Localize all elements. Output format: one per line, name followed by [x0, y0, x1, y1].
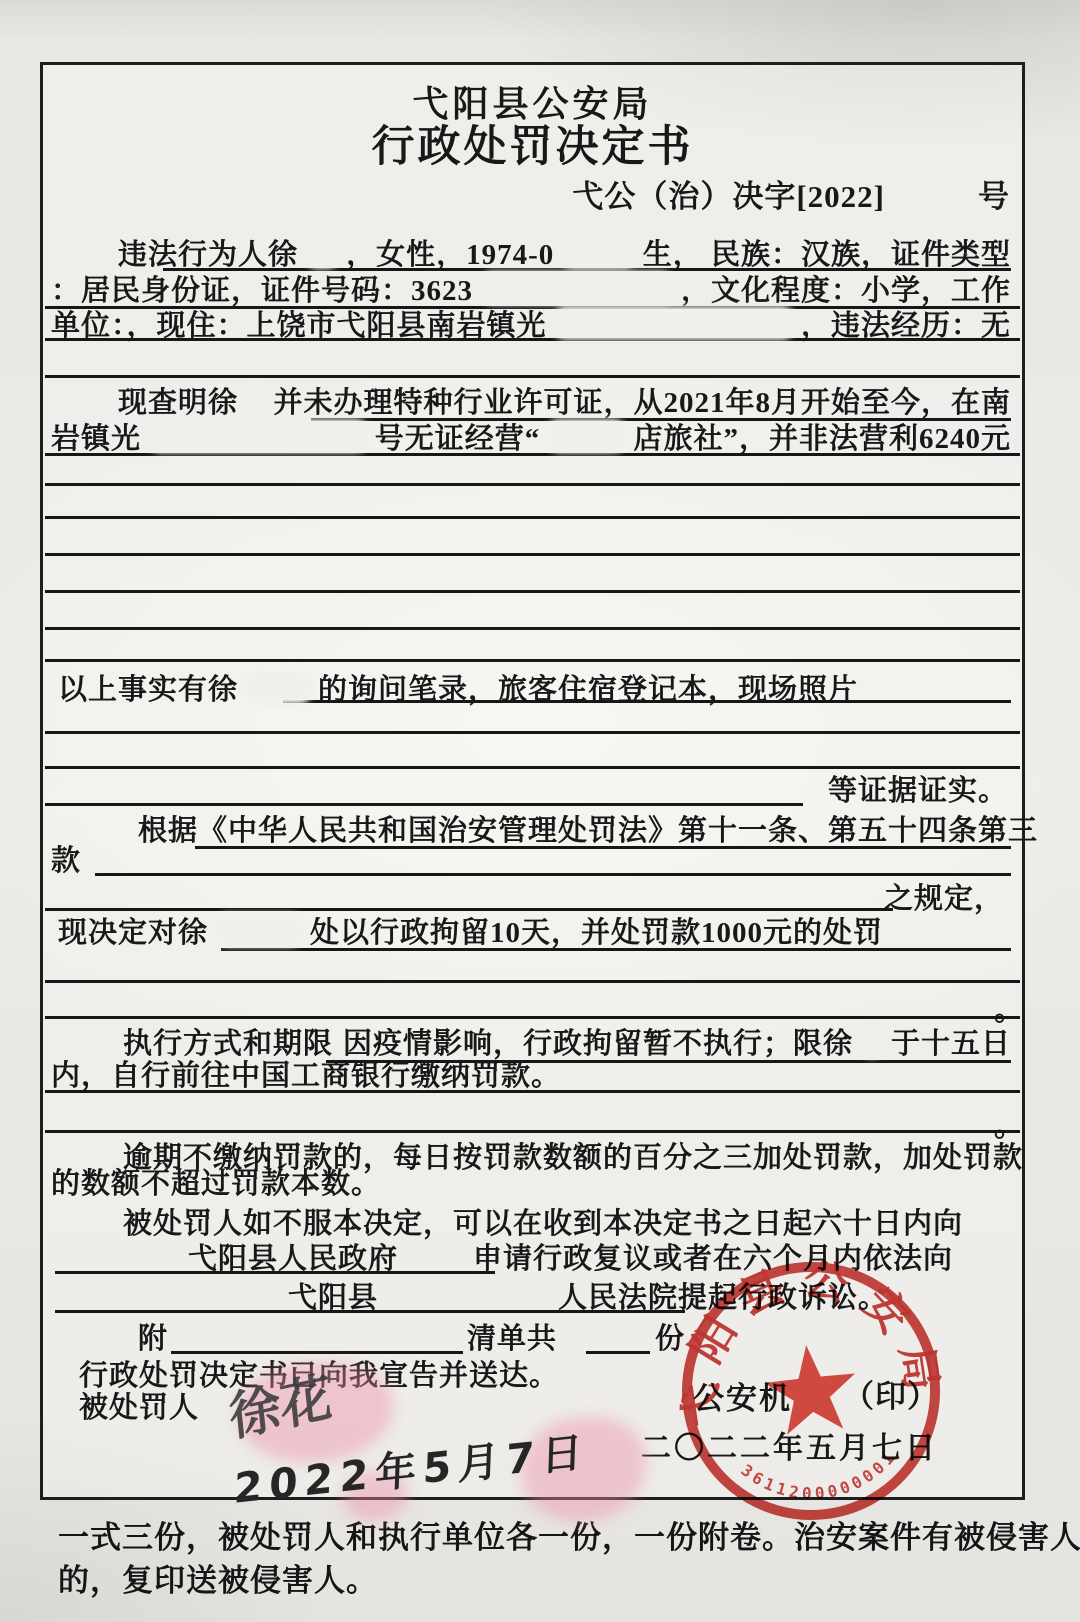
- redaction-blob: [889, 176, 974, 210]
- document-number-prefix: 弋公（治）决字[2022]: [572, 171, 885, 216]
- appeal-org-1-text: 弋阳县人民政府: [188, 1236, 398, 1277]
- ruled-line: [586, 1351, 650, 1354]
- signed-label: 被处罚人: [79, 1385, 199, 1425]
- person-line-1-text: 生， 民族：汉族，证件类型: [643, 232, 1011, 273]
- person-line-1: 违法行为人徐 ，女性，1974-0 生， 民族：汉族，证件类型: [118, 232, 1011, 272]
- evidence-closing-text: 等证据证实。: [828, 768, 1008, 809]
- redaction-blob: [857, 1024, 887, 1058]
- redaction-blob: [212, 913, 306, 947]
- ruled-line: [45, 659, 1020, 662]
- facts-line-1-text: 并未办理特种行业许可证，从2021年8月开始至今，在南: [273, 380, 1011, 421]
- execution-line-1-text: 于十五日: [891, 1021, 1011, 1062]
- ruled-line: [45, 375, 1020, 378]
- document-title: 行政处罚决定书: [43, 123, 1022, 163]
- attachment-list-label-text: 清单共: [467, 1316, 557, 1357]
- facts-line-2: 岩镇光 号无证经营“ 店旅社”，并非法营利6240元: [51, 416, 1011, 456]
- redaction-blob: [544, 419, 629, 453]
- footer-line-2: 的，复印送被侵害人。: [58, 1555, 378, 1600]
- ruled-line: [45, 553, 1020, 556]
- person-line-3-text: ，违法经历：无: [801, 303, 1011, 344]
- redaction-blob: [242, 383, 269, 417]
- redaction-blob: [302, 235, 342, 269]
- law-line-1: 根据《中华人民共和国治安管理处罚法》第十一条、第五十四条第三: [138, 808, 1038, 848]
- star-icon: [761, 1340, 861, 1436]
- evidence-line-text: 的询问笔录，旅客住宿登记本，现场照片: [318, 667, 858, 708]
- ruled-line: [45, 516, 1020, 519]
- ruled-line: [45, 590, 1020, 593]
- law-closing-text: 之规定，: [884, 876, 1004, 917]
- overdue-line-2: 的数额不超过罚款本数。: [51, 1161, 381, 1201]
- redaction-blob: [242, 670, 314, 704]
- overdue-line-2-text: 的数额不超过罚款本数。: [51, 1161, 381, 1202]
- law-line-1-text: 根据《中华人民共和国治安管理处罚法》第十一条、第五十四条第三: [138, 808, 1038, 849]
- decision-line-text: 现决定对徐: [58, 910, 208, 951]
- redaction-blob: [558, 235, 638, 269]
- attachment-list-label: 清单共: [467, 1316, 557, 1356]
- attachment-label-text: 附: [138, 1316, 168, 1357]
- appeal-org-2: 弋阳县: [288, 1275, 378, 1315]
- redaction-blob: [145, 419, 371, 453]
- law-closing: 之规定，: [884, 876, 1004, 916]
- decision-line: 现决定对徐 处以行政拘留10天，并处罚款1000元的处罚: [58, 910, 883, 950]
- facts-line-1: 现查明徐 并未办理特种行业许可证，从2021年8月开始至今，在南: [118, 380, 1011, 420]
- law-line-2-text: 款: [51, 838, 81, 879]
- document-number-suffix: 号: [978, 171, 1010, 216]
- appeal-org-2-text: 弋阳县: [288, 1275, 378, 1316]
- ruled-line: [95, 873, 1011, 876]
- facts-line-2-text: 号无证经营“: [375, 416, 541, 457]
- ruled-line: [45, 731, 1020, 734]
- person-line-3: 单位：，现住：上饶市弋阳县南岩镇光 ，违法经历：无: [51, 303, 1011, 343]
- person-line-1-text: 违法行为人徐: [118, 232, 298, 273]
- ruled-line: [45, 1130, 1020, 1133]
- ruled-line: [45, 483, 1020, 486]
- redaction-blob: [551, 306, 797, 340]
- decision-line-text: 处以行政拘留10天，并处罚款1000元的处罚: [310, 910, 883, 951]
- ruled-line: [45, 803, 803, 806]
- redaction-blob: [477, 271, 677, 305]
- ruled-line: [45, 980, 1020, 983]
- person-line-3-text: 单位：，现住：上饶市弋阳县南岩镇光: [51, 303, 547, 344]
- ruled-line: [45, 627, 1020, 630]
- evidence-line: 以上事实有徐 的询问笔录，旅客住宿登记本，现场照片: [58, 667, 858, 707]
- document-number: 弋公（治）决字[2022] 号: [572, 173, 1010, 213]
- facts-line-2-text: 岩镇光: [51, 416, 141, 457]
- official-seal: 弋阳县公安局 3611200000001: [657, 1237, 965, 1545]
- signed-label-text: 被处罚人: [79, 1385, 199, 1426]
- footer-line-1-text: 一式三份，被处罚人和执行单位各一份，一份附卷。治安案件有被侵害人: [58, 1520, 1080, 1555]
- ruled-line: [45, 1016, 1020, 1019]
- execution-line-2: 内，自行前往中国工商银行缴纳罚款。: [51, 1053, 561, 1093]
- execution-line-2-text: 内，自行前往中国工商银行缴纳罚款。: [51, 1053, 561, 1094]
- facts-line-2-text: 店旅社”，并非法营利6240元: [633, 416, 1011, 457]
- person-line-1-text: ，女性，1974-0: [346, 232, 554, 273]
- appeal-org-1: 弋阳县人民政府: [188, 1236, 398, 1276]
- document-frame: 弋阳县公安局 行政处罚决定书 弋公（治）决字[2022] 号 违法行为人徐 ，女…: [40, 62, 1025, 1500]
- facts-line-1-text: 现查明徐: [118, 380, 238, 421]
- evidence-line-text: 以上事实有徐: [58, 667, 238, 708]
- document-title-text: 行政处罚决定书: [372, 113, 694, 174]
- law-line-2: 款: [51, 838, 81, 878]
- attachment-label: 附: [138, 1316, 168, 1356]
- evidence-closing: 等证据证实。: [828, 768, 1008, 808]
- footer-line-2-text: 的，复印送被侵害人。: [58, 1563, 378, 1598]
